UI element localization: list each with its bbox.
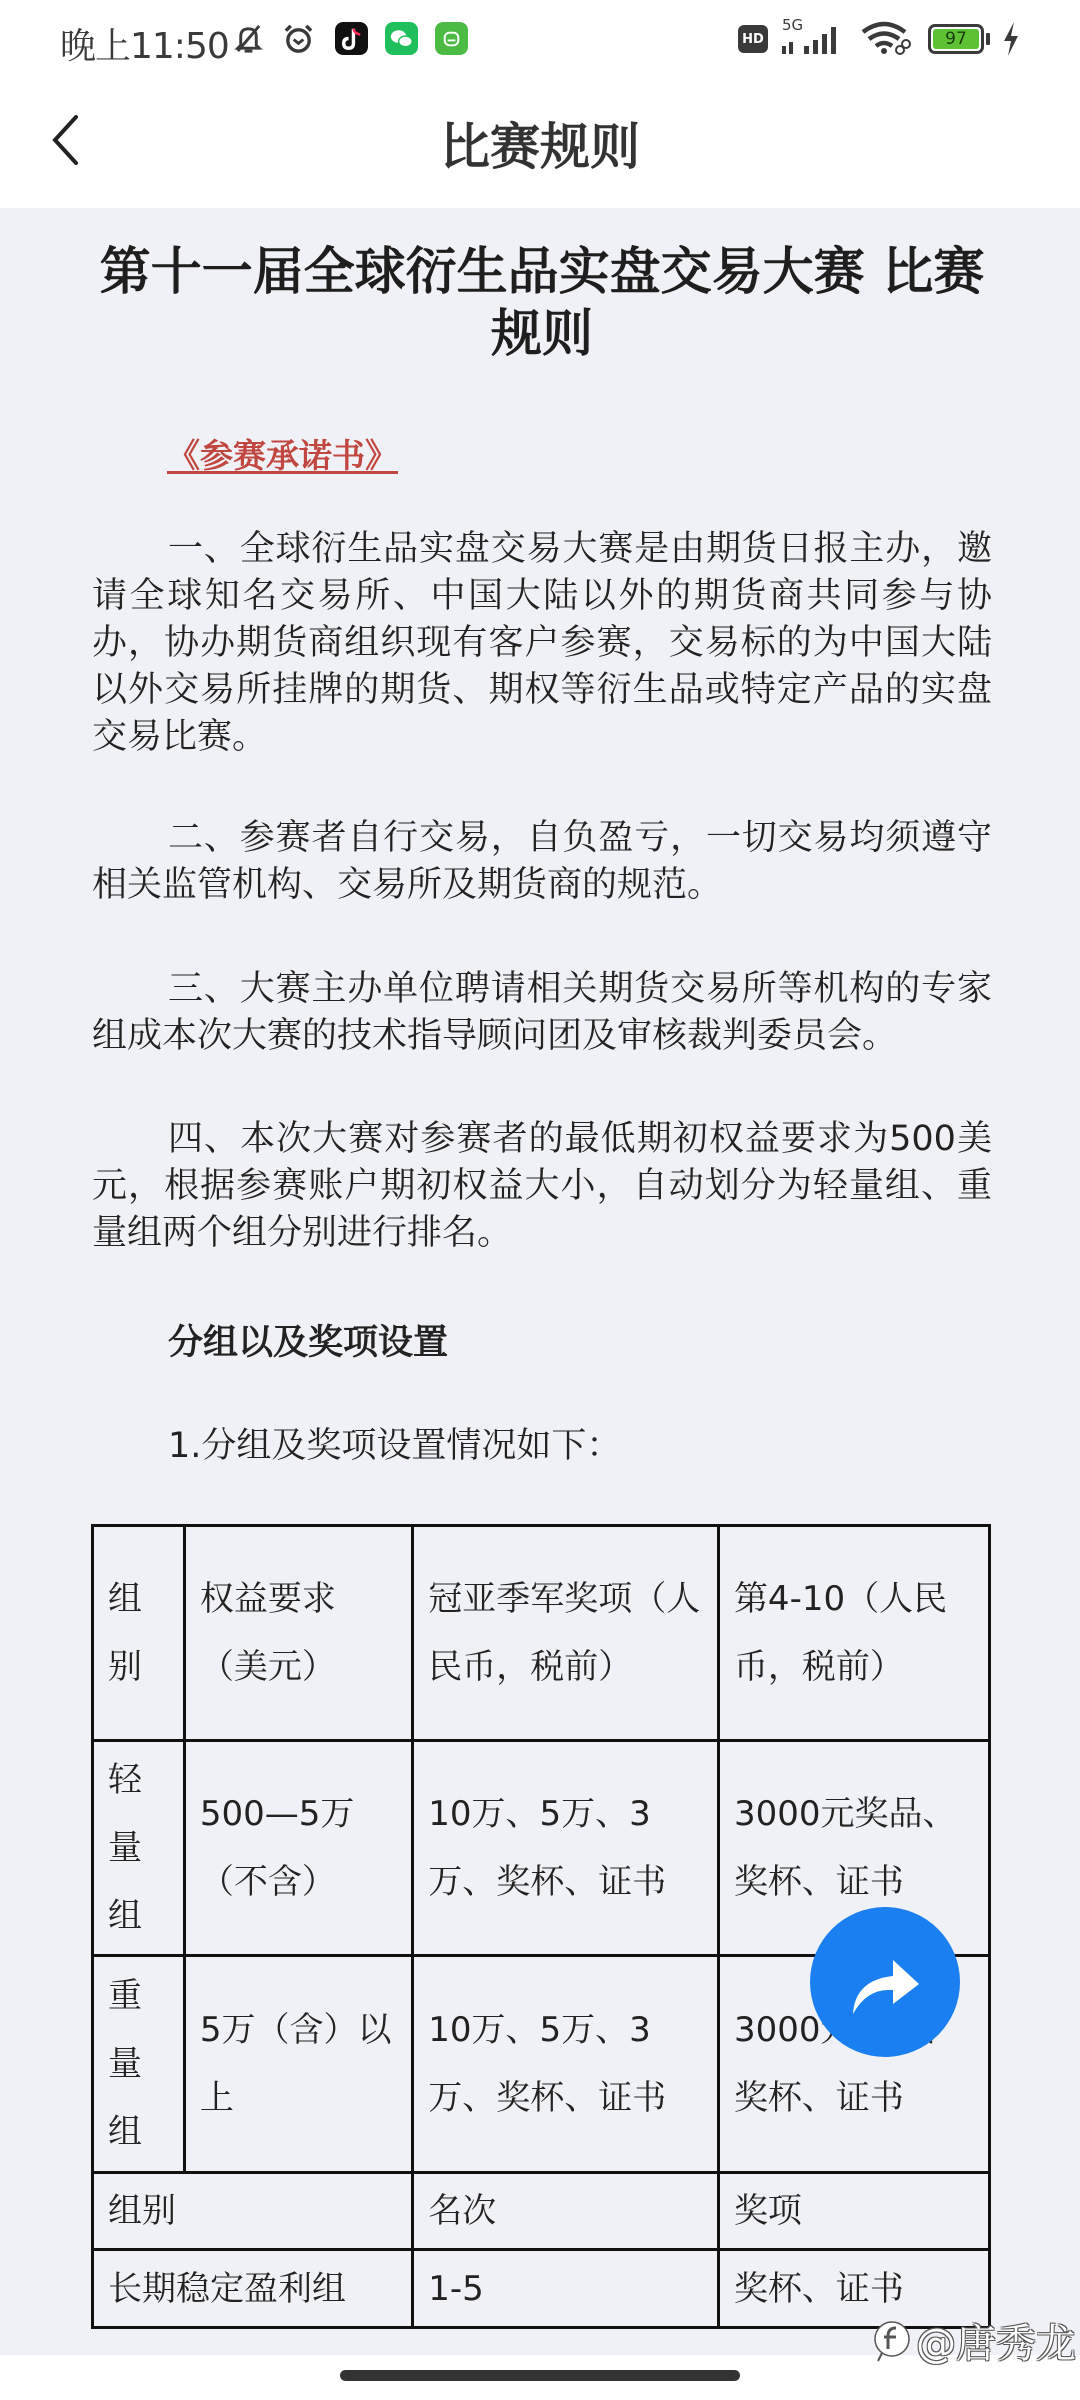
cell-group: 轻量组 [108, 1746, 148, 1950]
cell-equity: 5万（含）以上 [184, 1956, 412, 2173]
alarm-icon [282, 22, 315, 55]
table-header-row: 组别 权益要求（美元） 冠亚季军奖项（人民币，税前） 第4-10（人民币，税前） [93, 1526, 990, 1741]
cell-top3: 10万、5万、3万、奖杯、证书 [413, 1741, 719, 1956]
section-subline: 1.分组及奖项设置情况如下： [168, 1418, 621, 1468]
cell-top3: 10万、5万、3万、奖杯、证书 [413, 1956, 719, 2173]
bell-off-icon [232, 22, 265, 55]
header-top3: 冠亚季军奖项（人民币，税前） [413, 1526, 719, 1741]
page-title: 比赛规则 [0, 107, 1080, 179]
table-row: 长期稳定盈利组 1-5 奖杯、证书 [93, 2250, 990, 2328]
paragraph-4: 四、本次大赛对参赛者的最低期初权益要求为500美元，根据参赛账户期初权益大小，自… [92, 1116, 992, 1257]
header-rank4-10: 第4-10（人民币，税前） [718, 1526, 989, 1741]
table-subheader-row: 组别 名次 奖项 [93, 2173, 990, 2250]
nav-bar: 比赛规则 [0, 77, 1080, 208]
status-bar: 晚上11:50 HD 5G [0, 0, 1080, 77]
signal-icon [780, 22, 850, 56]
share-arrow-icon [845, 1942, 925, 2022]
header-group: 组别 [108, 1565, 148, 1701]
watermark-text: @唐秀龙 [916, 2312, 1076, 2369]
pledge-link[interactable]: 《参赛承诺书》 [167, 430, 398, 477]
battery-level: 97 [933, 29, 979, 49]
section-heading: 分组以及奖项设置 [168, 1315, 448, 1365]
watermark: @唐秀龙 [872, 2312, 1076, 2369]
home-indicator[interactable] [340, 2370, 740, 2381]
paragraph-2: 二、参赛者自行交易，自负盈亏，一切交易均须遵守相关监管机构、交易所及期货商的规范… [92, 815, 992, 909]
status-time: 晚上11:50 [60, 18, 229, 69]
paragraph-1: 一、全球衍生品实盘交易大赛是由期货日报主办，邀请全球知名交易所、中国大陆以外的期… [92, 526, 992, 761]
cell-rank: 1-5 [413, 2250, 719, 2328]
tiktok-app-icon [335, 22, 368, 55]
battery-tip [986, 33, 990, 45]
wifi-icon [860, 20, 914, 58]
battery-indicator: 97 [928, 24, 984, 54]
cell-group: 长期稳定盈利组 [93, 2250, 413, 2328]
subheader-group: 组别 [93, 2173, 413, 2250]
cell-group: 重量组 [108, 1962, 148, 2166]
subheader-award: 奖项 [718, 2173, 989, 2250]
header-equity: 权益要求（美元） [184, 1526, 412, 1741]
wechat-app-icon [385, 22, 418, 55]
cell-equity: 500—5万（不含） [184, 1741, 412, 1956]
charging-bolt-icon [1000, 20, 1022, 58]
share-button[interactable] [810, 1907, 960, 2057]
hd-badge: HD [738, 25, 768, 53]
platform-logo-icon [872, 2319, 912, 2363]
document-title: 第十一届全球衍生品实盘交易大赛 比赛规则 [92, 242, 992, 366]
paragraph-3: 三、大赛主办单位聘请相关期货交易所等机构的专家组成本次大赛的技术指导顾问团及审核… [92, 966, 992, 1060]
green-app-icon [435, 22, 468, 55]
subheader-rank: 名次 [413, 2173, 719, 2250]
